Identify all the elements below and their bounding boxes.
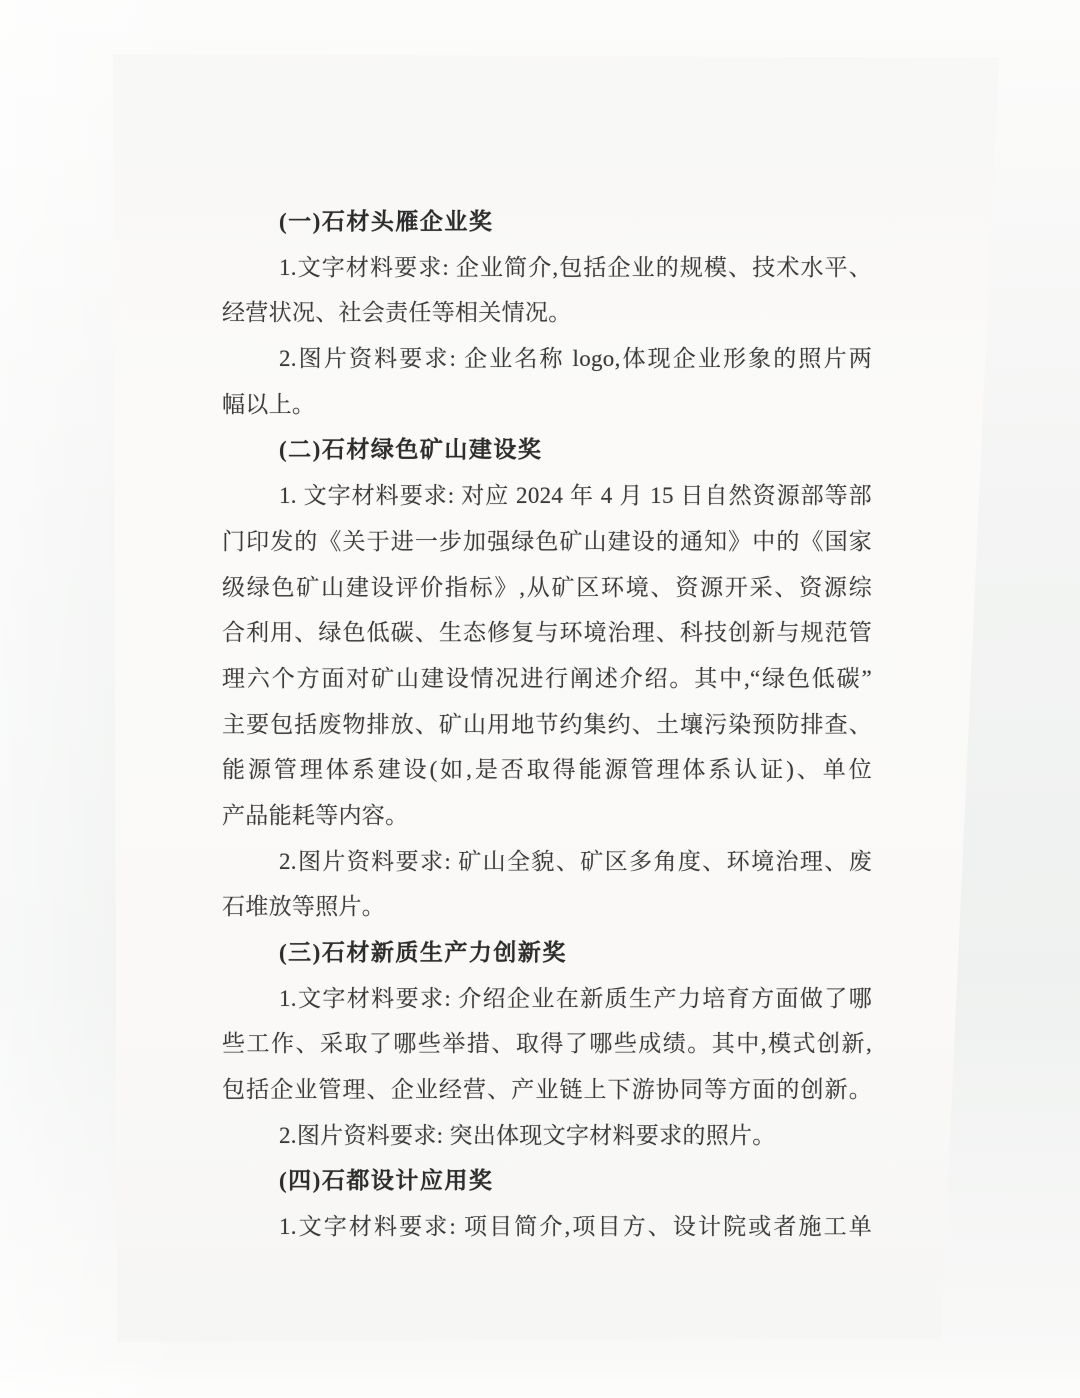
text-line: 石堆放等照片。	[222, 884, 872, 930]
text-line: 级绿色矿山建设评价指标》,从矿区环境、资源开采、资源综	[222, 565, 872, 611]
text-line: 产品能耗等内容。	[222, 793, 872, 839]
section-heading: (一)石材头雁企业奖	[222, 199, 872, 245]
text-line: 理六个方面对矿山建设情况进行阐述介绍。其中,“绿色低碳”	[222, 656, 872, 702]
document-page: (一)石材头雁企业奖1.文字材料要求: 企业简介,包括企业的规模、技术水平、经营…	[0, 0, 1080, 1398]
text-line: 1.文字材料要求: 介绍企业在新质生产力培育方面做了哪	[222, 976, 872, 1022]
text-line: 主要包括废物排放、矿山用地节约集约、土壤污染预防排查、	[222, 702, 872, 748]
text-line: 2.图片资料要求: 企业名称 logo,体现企业形象的照片两	[222, 336, 872, 382]
text-line: 2.图片资料要求: 突出体现文字材料要求的照片。	[222, 1113, 872, 1159]
section-heading: (四)石都设计应用奖	[222, 1158, 872, 1204]
text-line: 包括企业管理、企业经营、产业链上下游协同等方面的创新。	[222, 1067, 872, 1113]
text-line: 门印发的《关于进一步加强绿色矿山建设的通知》中的《国家	[222, 519, 872, 565]
text-line: 1.文字材料要求: 项目简介,项目方、设计院或者施工单	[222, 1204, 872, 1250]
text-line: 合利用、绿色低碳、生态修复与环境治理、科技创新与规范管	[222, 610, 872, 656]
text-line: 2.图片资料要求: 矿山全貌、矿区多角度、环境治理、废	[222, 839, 872, 885]
text-line: 能源管理体系建设(如,是否取得能源管理体系认证)、单位	[222, 747, 872, 793]
text-line: 1.文字材料要求: 企业简介,包括企业的规模、技术水平、	[222, 245, 872, 291]
text-line: 1. 文字材料要求: 对应 2024 年 4 月 15 日自然资源部等部	[222, 473, 872, 519]
text-line: 幅以上。	[222, 382, 872, 428]
text-line: 些工作、采取了哪些举措、取得了哪些成绩。其中,模式创新,	[222, 1021, 872, 1067]
photo-background: (一)石材头雁企业奖1.文字材料要求: 企业简介,包括企业的规模、技术水平、经营…	[0, 0, 1080, 1398]
text-line: 经营状况、社会责任等相关情况。	[222, 290, 872, 336]
section-heading: (二)石材绿色矿山建设奖	[222, 427, 872, 473]
section-heading: (三)石材新质生产力创新奖	[222, 930, 872, 976]
document-text: (一)石材头雁企业奖1.文字材料要求: 企业简介,包括企业的规模、技术水平、经营…	[222, 199, 872, 1250]
